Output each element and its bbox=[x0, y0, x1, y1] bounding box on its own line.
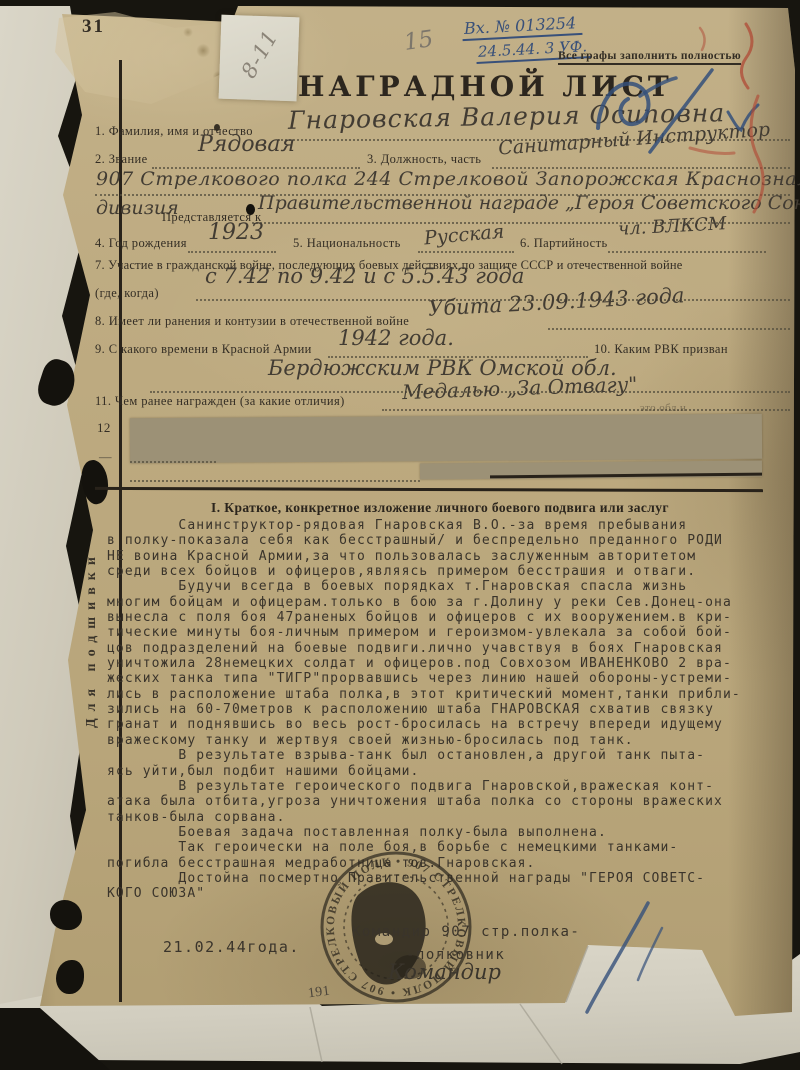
torn-paper-seams bbox=[310, 946, 588, 1064]
award-sheet-scan: 31 8-11 15 Вх. № 013254 24.5.44. 3 УФ. В… bbox=[0, 0, 800, 1070]
blue-ink-marks bbox=[587, 70, 758, 1012]
red-pencil-marks bbox=[690, 24, 763, 212]
ink-annotations bbox=[0, 0, 800, 1070]
